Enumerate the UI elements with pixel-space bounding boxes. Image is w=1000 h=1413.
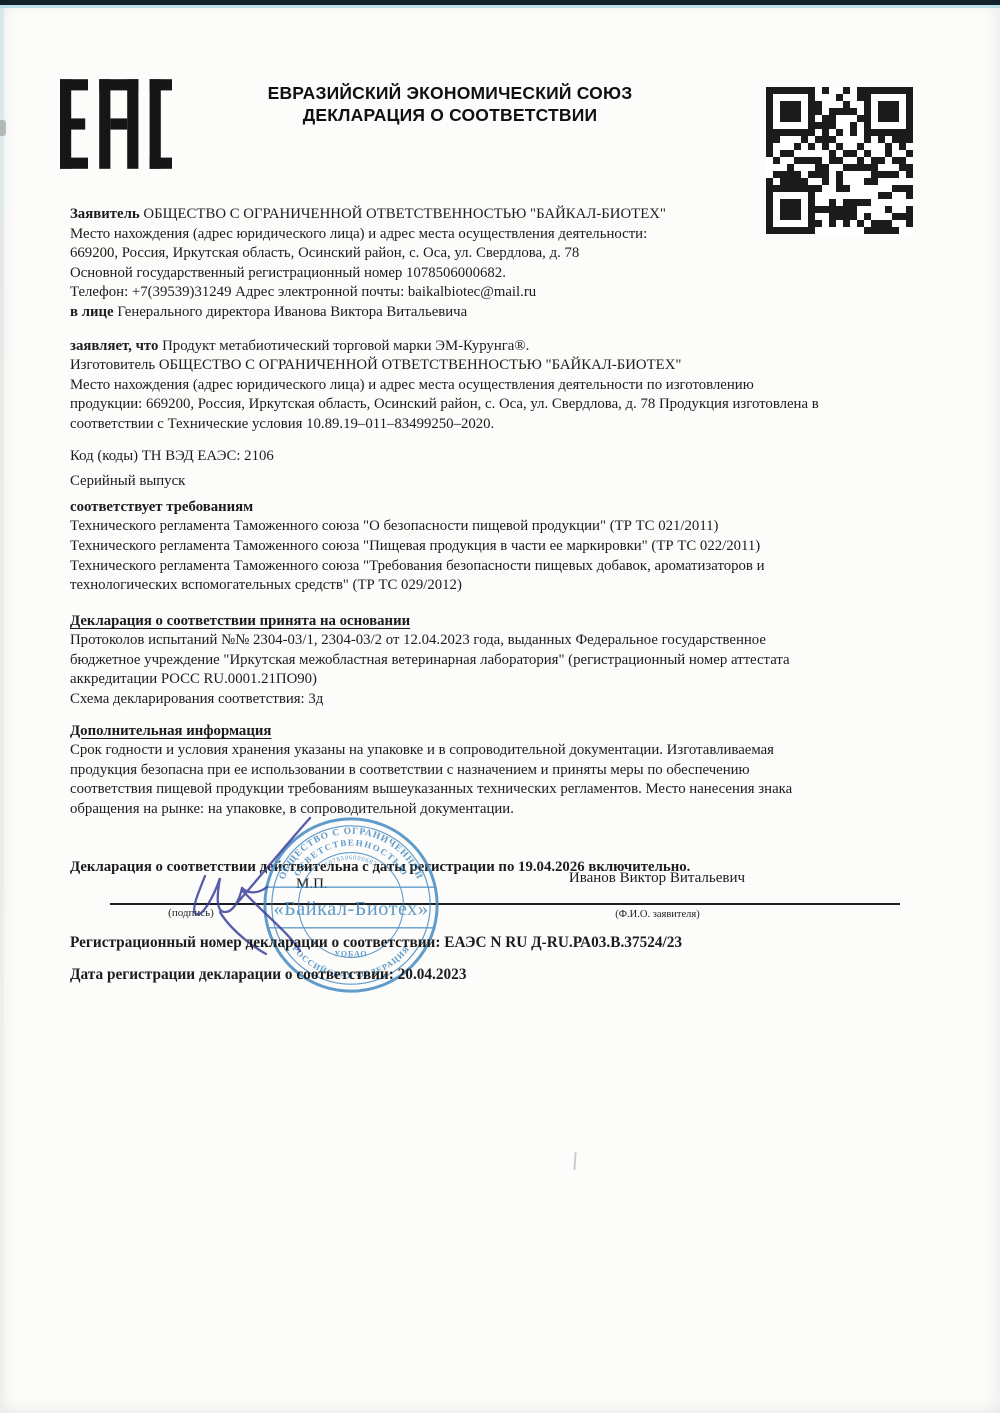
line-text: соответствии с Технические условия 10.89… (70, 416, 494, 432)
scan-edge-top-blue (0, 5, 1000, 8)
regulations-list: Технического регламента Таможенного союз… (70, 517, 898, 595)
line-text: Продукт метабиотический торговой марки Э… (158, 338, 529, 354)
declarant-line: Телефон: +7(39539)31249 Адрес электронно… (70, 283, 898, 303)
title-line-declaration: ДЕКЛАРАЦИЯ О СООТВЕТСТВИИ (180, 104, 720, 126)
additional-line: продукция безопасна при ее использовании… (70, 761, 898, 781)
line-text: Место нахождения (адрес юридического лиц… (70, 226, 647, 242)
declarant-line: Заявитель ОБЩЕСТВО С ОГРАНИЧЕННОЙ ОТВЕТС… (70, 205, 898, 225)
additional-line: соответствия пищевой продукции требовани… (70, 780, 898, 800)
title-line-union: ЕВРАЗИЙСКИЙ ЭКОНОМИЧЕСКИЙ СОЮЗ (180, 82, 720, 104)
product-line: Изготовитель ОБЩЕСТВО С ОГРАНИЧЕННОЙ ОТВ… (70, 356, 898, 376)
declarant-line: в лице Генерального директора Иванова Ви… (70, 303, 898, 323)
bold-label: в лице (70, 304, 114, 320)
basis-line: аккредитации РОСС RU.0001.21ПО90) (70, 670, 898, 690)
line-text: Основной государственный регистрационный… (70, 265, 506, 281)
additional-info-heading: Дополнительная информация (70, 722, 898, 742)
tnved-code-line: Код (коды) ТН ВЭД ЕАЭС: 2106 (70, 447, 898, 467)
document-title: ЕВРАЗИЙСКИЙ ЭКОНОМИЧЕСКИЙ СОЮЗ ДЕКЛАРАЦИ… (180, 82, 720, 126)
serial-release-line: Серийный выпуск (70, 472, 898, 492)
regulation-line: технологических вспомогательных средств"… (70, 576, 898, 596)
line-text: Место нахождения (адрес юридического лиц… (70, 377, 754, 393)
scan-artifact-left (0, 120, 6, 136)
declarant-line: Место нахождения (адрес юридического лиц… (70, 225, 898, 245)
line-text: 669200, Россия, Иркутская область, Осинс… (70, 245, 579, 261)
meets-requirements-heading: соответствует требованиям (70, 498, 898, 518)
scan-artifact (573, 1152, 576, 1170)
product-line: заявляет, что Продукт метабиотический то… (70, 337, 898, 357)
registration-number-line: Регистрационный номер декларации о соотв… (70, 934, 682, 952)
line-text: Изготовитель ОБЩЕСТВО С ОГРАНИЧЕННОЙ ОТВ… (70, 357, 681, 373)
scan-edge-left (0, 8, 4, 1413)
document-body: Заявитель ОБЩЕСТВО С ОГРАНИЧЕННОЙ ОТВЕТС… (70, 200, 898, 877)
regulation-line: Технического регламента Таможенного союз… (70, 517, 898, 537)
eac-mark-icon (60, 76, 172, 172)
product-line: Место нахождения (адрес юридического лиц… (70, 376, 898, 396)
basis-line: Протоколов испытаний №№ 2304-03/1, 2304-… (70, 631, 898, 651)
basis-line: Схема декларирования соответствия: 3д (70, 690, 898, 710)
applicant-name: Иванов Виктор Витальевич (532, 870, 782, 887)
declarant-paragraph: Заявитель ОБЩЕСТВО С ОГРАНИЧЕННОЙ ОТВЕТС… (70, 205, 898, 323)
regulation-line: Технического регламента Таможенного союз… (70, 557, 898, 577)
line-text: Телефон: +7(39539)31249 Адрес электронно… (70, 284, 536, 300)
basis-heading: Декларация о соответствии принята на осн… (70, 612, 898, 632)
regulation-line: Технического регламента Таможенного союз… (70, 537, 898, 557)
line-text: продукции: 669200, Россия, Иркутская обл… (70, 396, 819, 412)
line-text: Генерального директора Иванова Виктора В… (114, 304, 468, 320)
declarant-line: Основной государственный регистрационный… (70, 264, 898, 284)
registration-date-line: Дата регистрации декларации о соответств… (70, 966, 466, 984)
product-line: продукции: 669200, Россия, Иркутская обл… (70, 395, 898, 415)
additional-info-paragraph: Дополнительная информация Срок годности … (70, 722, 898, 820)
line-text: ОБЩЕСТВО С ОГРАНИЧЕННОЙ ОТВЕТСТВЕННОСТЬЮ… (140, 206, 666, 222)
additional-line: Срок годности и условия хранения указаны… (70, 741, 898, 761)
document-page: ЕВРАЗИЙСКИЙ ЭКОНОМИЧЕСКИЙ СОЮЗ ДЕКЛАРАЦИ… (0, 0, 1000, 1413)
basis-paragraph: Декларация о соответствии принята на осн… (70, 612, 898, 710)
basis-line: бюджетное учреждение "Иркутская межоблас… (70, 651, 898, 671)
bold-label: Заявитель (70, 206, 140, 222)
declarant-line: 669200, Россия, Иркутская область, Осинс… (70, 244, 898, 264)
applicant-name-caption: (Ф.И.О. заявителя) (570, 909, 745, 920)
product-line: соответствии с Технические условия 10.89… (70, 415, 898, 435)
bold-label: заявляет, что (70, 338, 158, 354)
product-paragraph: заявляет, что Продукт метабиотический то… (70, 337, 898, 435)
